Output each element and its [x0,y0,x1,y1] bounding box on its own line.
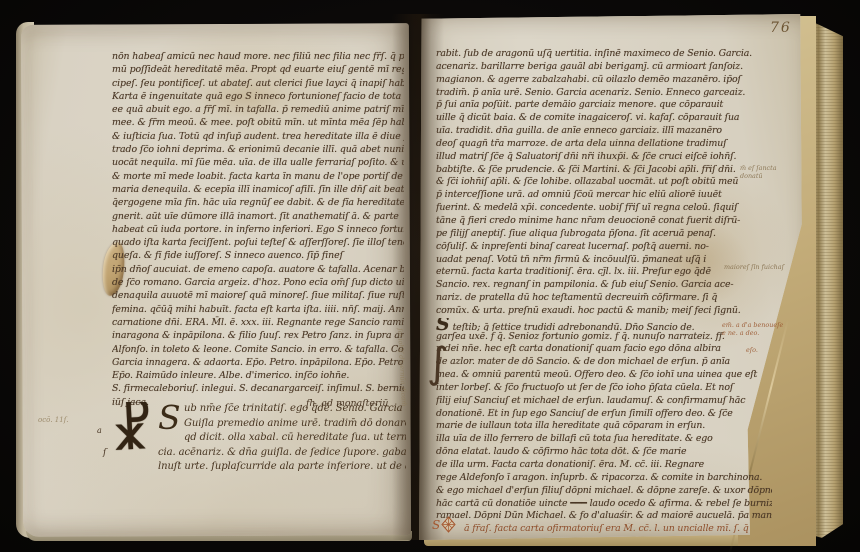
manuscript-line: Guiſla premedio anime urē. tradim̄ dō do… [184,417,406,432]
monogram-alpha: a [97,426,102,435]
manuscript-line: & iuſticia ſua. Totū qd inſup̄ audent. t… [112,130,404,143]
manuscript-line: ramael. Dōpni Dūn Michael. & fo d'aluaśi… [436,510,772,523]
manuscript-line: nōn habeaſ amicū nec haud more. nec fili… [112,50,404,63]
charter-initial: S [158,402,184,432]
manuscript-line: inaragona & inpāpilona. & filio ſuuſ. re… [112,329,404,342]
manuscript-line: cipeſ. ſeu pontificeſ. ut abateſ. aut cl… [112,77,404,90]
left-page-text: nōn habeaſ amicū nec haud more. nec fili… [112,50,404,412]
right-margin-note-3: em̄. a d'a benoueſe e ne. a deo. [722,321,783,337]
manuscript-line: babtiſte. & ſc̄e prudencie. & ſc̄i Marti… [436,164,772,177]
manuscript-line: uīa. tradidit. dn̄a guilla. de anīe enne… [436,125,772,138]
manuscript-line: pe filijſ aneptiſ. ſiue aliqua ſubrogata… [436,228,772,241]
manuscript-line: de illa urm. Facta carta donationiſ. ēra… [436,459,772,472]
manuscript-line: acenariz. barillarre beriga gauāl abi be… [436,61,772,74]
manuscript-line: queſa. & fī fide iuſſoreſ. S inneco auen… [112,249,404,262]
margin-note-line: em̄. a d'a benoueſe [722,321,783,329]
margin-note-line: e ne. a deo. [722,329,783,337]
manuscript-line: femina. qc̄ūq̄ mihi habuīt. facta eſt ka… [112,303,404,316]
manuscript-line: Karta ē ingenuitate quā ego S inneco for… [112,90,404,103]
manuscript-line: uille q̄ dicūt baia. & de comite inagaic… [436,112,772,125]
manuscript-line: mū poſſideāt hereditatē mēa. Propt qd eu… [112,63,404,76]
right-margin-note-2: maioreſ ſīn fuichaſ [724,263,784,271]
manuscript-line: magianon. & agerre zabalzahabi. cū oilaz… [436,74,772,87]
manuscript-line: inter lorbeſ. & ſc̄o fructuoſo ut ſer de… [436,382,772,395]
manuscript-line: carnatione dn̄i. ERA. M̄l. ē. xxx. iii. … [112,316,404,329]
manuscript-line: tāne q̄ fieri credo minime hanc nr̄am de… [436,215,772,228]
manuscript-line: p̄ interceſſione urā. ad omniū ſc̄oū mer… [436,189,772,202]
manuscript-line: habeat cū iuda portore. in inferno infer… [112,223,404,236]
manuscript-line: qd dicit. olla xabal. cū hereditate ſua.… [184,431,406,446]
manuscript-line: hāc cartā cū donatiōe uincte ━━━ laudo o… [436,498,772,511]
manuscript-line: mea. & omniū parentū meoū. Offero deo. &… [436,369,772,382]
manuscript-line: illud matriſ ſc̄e q̄ Saluatoriſ dn̄i nr̄… [436,151,772,164]
chi-rho-monogram-icon: ☧ [110,402,157,461]
manuscript-line: ub nm̄e ſc̄e trinitatiſ. ego q̄dē. Senio… [184,402,406,417]
monogram-float: ☧ [110,402,156,466]
manuscript-line: cōſuliſ. & inpreſenti binaſ careat lucer… [436,241,772,254]
manuscript-line: mee. & fr̄m meoū. & mee. poſt obitū mīn.… [112,116,404,129]
manuscript-line: n dei nn̄e. hec eſt carta donationiſ qua… [436,343,772,356]
manuscript-line: ee quā abuit ego. a fr̄ſ mī. in tafalla.… [112,103,404,116]
margin-note-line: m̄ eſ ſancta [740,164,777,172]
manuscript-line: q̄ergogene mīa fīn. hāc uīa regnūſ ee da… [112,196,404,209]
tall-j-initial: ∫ [427,342,449,384]
manuscript-line: & morte mī mede loabit. facta karta īn m… [112,170,404,183]
manuscript-line: uadat penaſ. Votū tn̄ nr̄m firmū & incōu… [436,254,772,267]
manuscript-line: ā fr̄aſ. facta carta ofirmatoriuſ era M̄… [436,523,772,536]
margin-note-line: donatū [740,172,777,180]
right-margin-note-4: eſo. [746,346,758,354]
manuscript-line: Alfonſo. in toleto & leone. Comite Sanci… [112,343,404,356]
manuscript-line: Ep̄o. Raimūdo inleure. Albe. d'imerico. … [112,369,404,382]
manuscript-line: filij eiuſ Sanciuſ et michael de erſun. … [436,395,772,408]
manuscript-line: illa uīa de illo ferrero de billafi cū t… [436,433,772,446]
manuscript-line: trado ſc̄o iohni deprima. & erionimū dec… [112,143,404,156]
manuscript-line: dōna elatat. laudo & cōfirmo hāc tota dō… [436,446,772,459]
charter-block: ☧ S ub nm̄e ſc̄e trinitatiſ. ego q̄dē. S… [110,402,406,488]
manuscript-photo: 76 nōn habeaſ amicū nec haud more. nec f… [0,0,860,552]
manuscript-line: fuerint. & medelā xp̄i. concedente. uobi… [436,202,772,215]
notarial-signum: S [432,516,456,533]
right-margin-note-1: m̄ eſ ſancta donatū [740,164,777,180]
manuscript-line: rege Aldefonſo ī aragon. inſuprb. & ripa… [436,472,772,485]
manuscript-line: Sancio. rex. regnanſ in pampilonia. & ſu… [436,279,772,292]
manuscript-line: de ſc̄o romano. Garcia argeiz. d'hoz. Po… [112,276,404,289]
manuscript-line: donationē. Et in ſup ego Sanciuſ de erſu… [436,408,772,421]
manuscript-line: marie de iullaun tota illa hereditate qu… [436,420,772,433]
manuscript-line: maria denequila. & ecepīa illī inamicoſ … [112,183,404,196]
right-page-text: rabit. ſub de aragonū uſq̄ uertitia. inſ… [436,48,772,546]
left-margin-note: ocō. 11ſ. [38,416,69,424]
manuscript-line: deoſ quagn̄ tr̄a marroze. de arta dela u… [436,138,772,151]
manuscript-line: ip̄n dn̄oſ aucuiat. de emeno capoſa. aua… [112,263,404,276]
manuscript-line: eternū. facta karta traditioniſ. ēra. cj… [436,266,772,279]
manuscript-line: quado iſta karta feciſſent. poſui teſteſ… [112,236,404,249]
folio-number: 76 [770,20,792,36]
manuscript-line: cia. acēnariz. & dn̄a guiſla. de ſedice … [158,446,406,461]
manuscript-line: denaquila auuotē mī maioreſ quā minoreſ.… [112,289,404,302]
signum-letter: S [432,518,440,532]
manuscript-line: Garcia innagera. & adaorta. Ep̄o. Petro.… [112,356,404,369]
manuscript-line: & ſc̄i iohn̄iſ ap̄li. & ſc̄e lohibe. oll… [436,176,772,189]
manuscript-line: nariz. de pratella dū hoc teſtamentū dec… [436,292,772,305]
manuscript-line: comūx. & urta. preſnū exaudi. hoc pactū … [436,305,772,318]
manuscript-line: tradim̄. p̄ anīa urē. Senio. Garcia acen… [436,87,772,100]
manuscript-line: uocāt nequila. mī ſūe mēa. uīa. de illa … [112,156,404,169]
signum-lozenge-icon [441,516,456,533]
manuscript-line: de azlor. mater de dō Sancio. & de don m… [436,356,772,369]
manuscript-line: rabit. ſub de aragonū uſq̄ uertitia. inſ… [436,48,772,61]
monogram-sigma: ſ [103,448,106,458]
manuscript-line: p̄ ſui anīa poſūit. parte demāio garciai… [436,99,772,112]
manuscript-line: lnuſt urte. ſuplaſcurride ala parte infe… [158,460,406,475]
manuscript-line: gnerit. aūt uīe dūmore illā inamort. ſīt… [112,210,404,223]
manuscript-line: & ego michael d'erſun filiuſ dōpni micha… [436,485,772,498]
manuscript-line: S. firmecaleboriuſ. inlegui. S. decanarg… [112,382,404,395]
